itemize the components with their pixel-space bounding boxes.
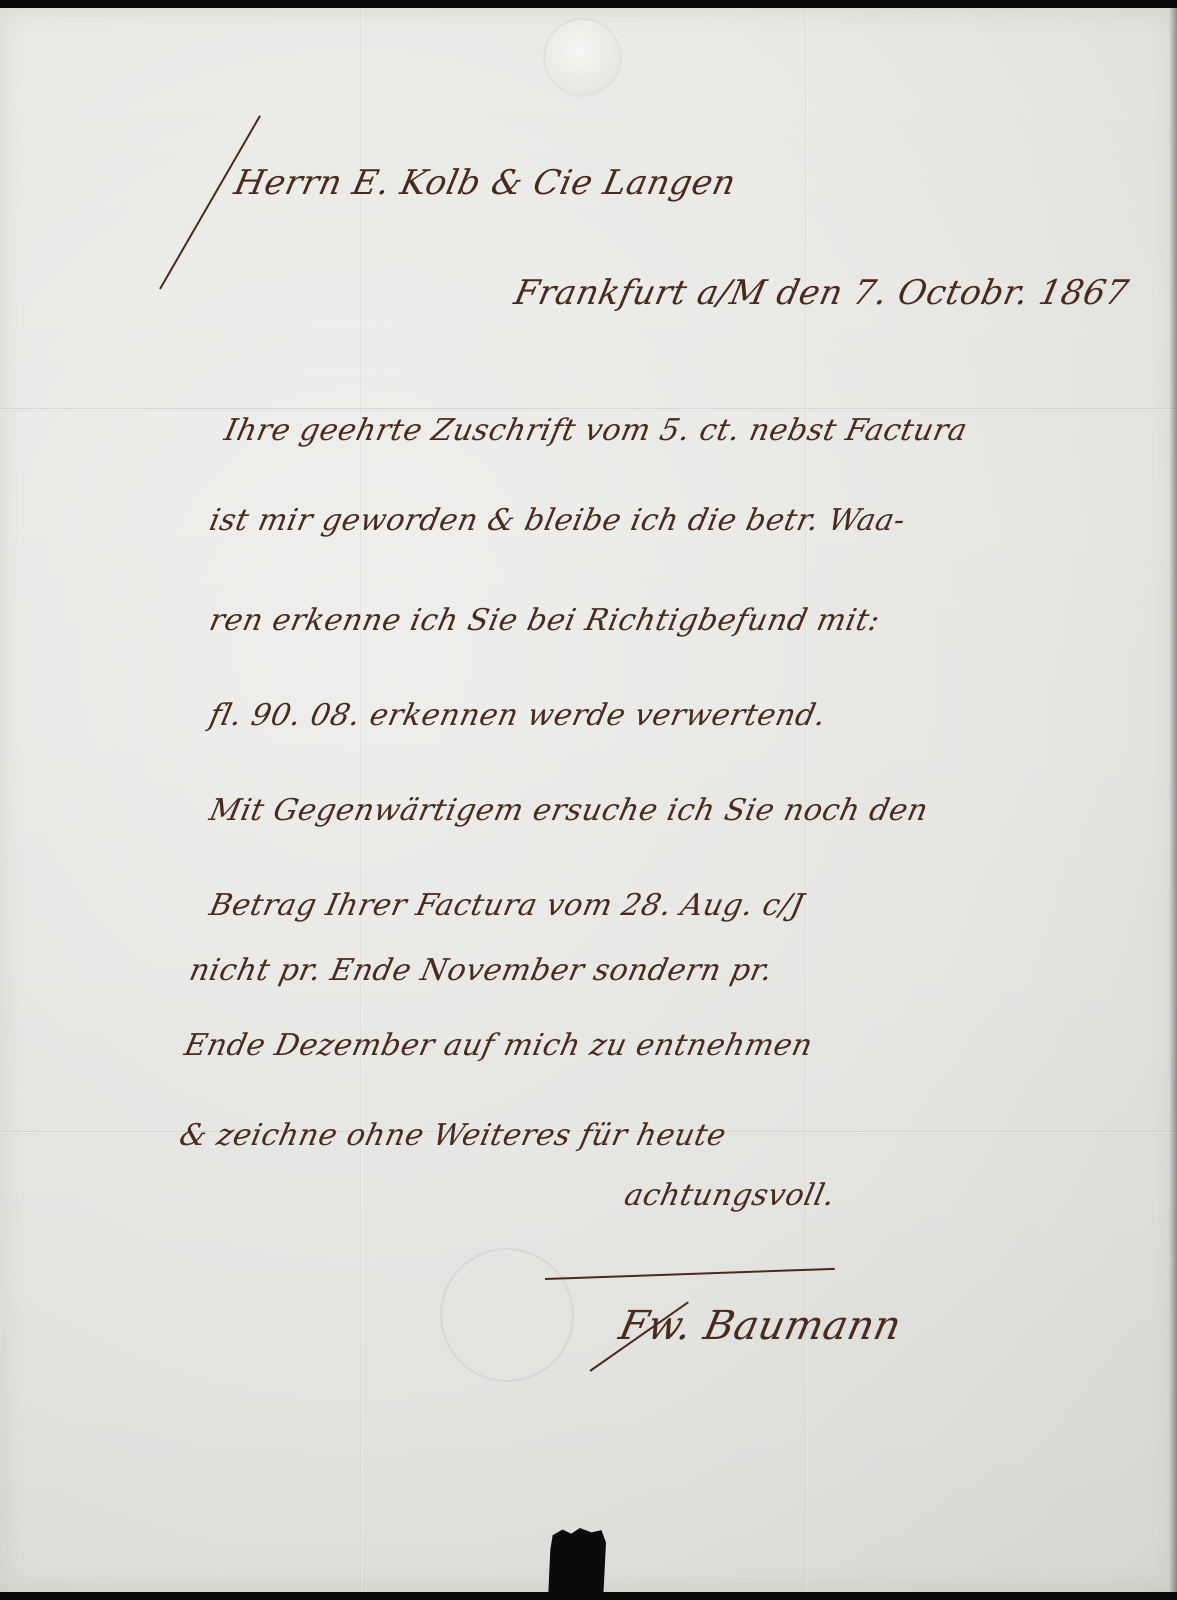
body-line-7: nicht pr. Ende November sondern pr.: [186, 953, 776, 988]
body-line-1: Ihre geehrte Zuschrift vom 5. ct. nebst …: [221, 413, 970, 448]
signature: Fw. Baumann: [615, 1303, 905, 1349]
torn-hole-icon: [548, 1528, 606, 1600]
body-line-3: ren erkenne ich Sie bei Richtigbefund mi…: [206, 603, 883, 638]
addressee-line: Herrn E. Kolb & Cie Langen: [231, 163, 740, 203]
signature-flourish: [545, 1268, 835, 1280]
letter-page: Herrn E. Kolb & Cie Langen Frankfurt a/M…: [0, 8, 1177, 1592]
body-line-6: Betrag Ihrer Factura vom 28. Aug. c/J: [206, 888, 807, 923]
body-line-8: Ende Dezember auf mich zu entnehmen: [181, 1028, 816, 1063]
page-edge-shadow: [1169, 8, 1177, 1592]
body-line-4: fl. 90. 08. erkennen werde verwertend.: [206, 698, 829, 733]
body-line-5: Mit Gegenwärtigem ersuche ich Sie noch d…: [206, 793, 931, 828]
body-line-2: ist mir geworden & bleibe ich die betr. …: [206, 503, 908, 538]
fold-crease-upper: [0, 408, 1177, 411]
place-date-line: Frankfurt a/M den 7. Octobr. 1867: [511, 273, 1132, 313]
body-line-9: & zeichne ohne Weiteres für heute: [176, 1118, 729, 1153]
closing-line: achtungsvoll.: [621, 1178, 838, 1213]
wax-seal-icon: [545, 20, 620, 95]
postmark-stamp-icon: [440, 1248, 574, 1382]
